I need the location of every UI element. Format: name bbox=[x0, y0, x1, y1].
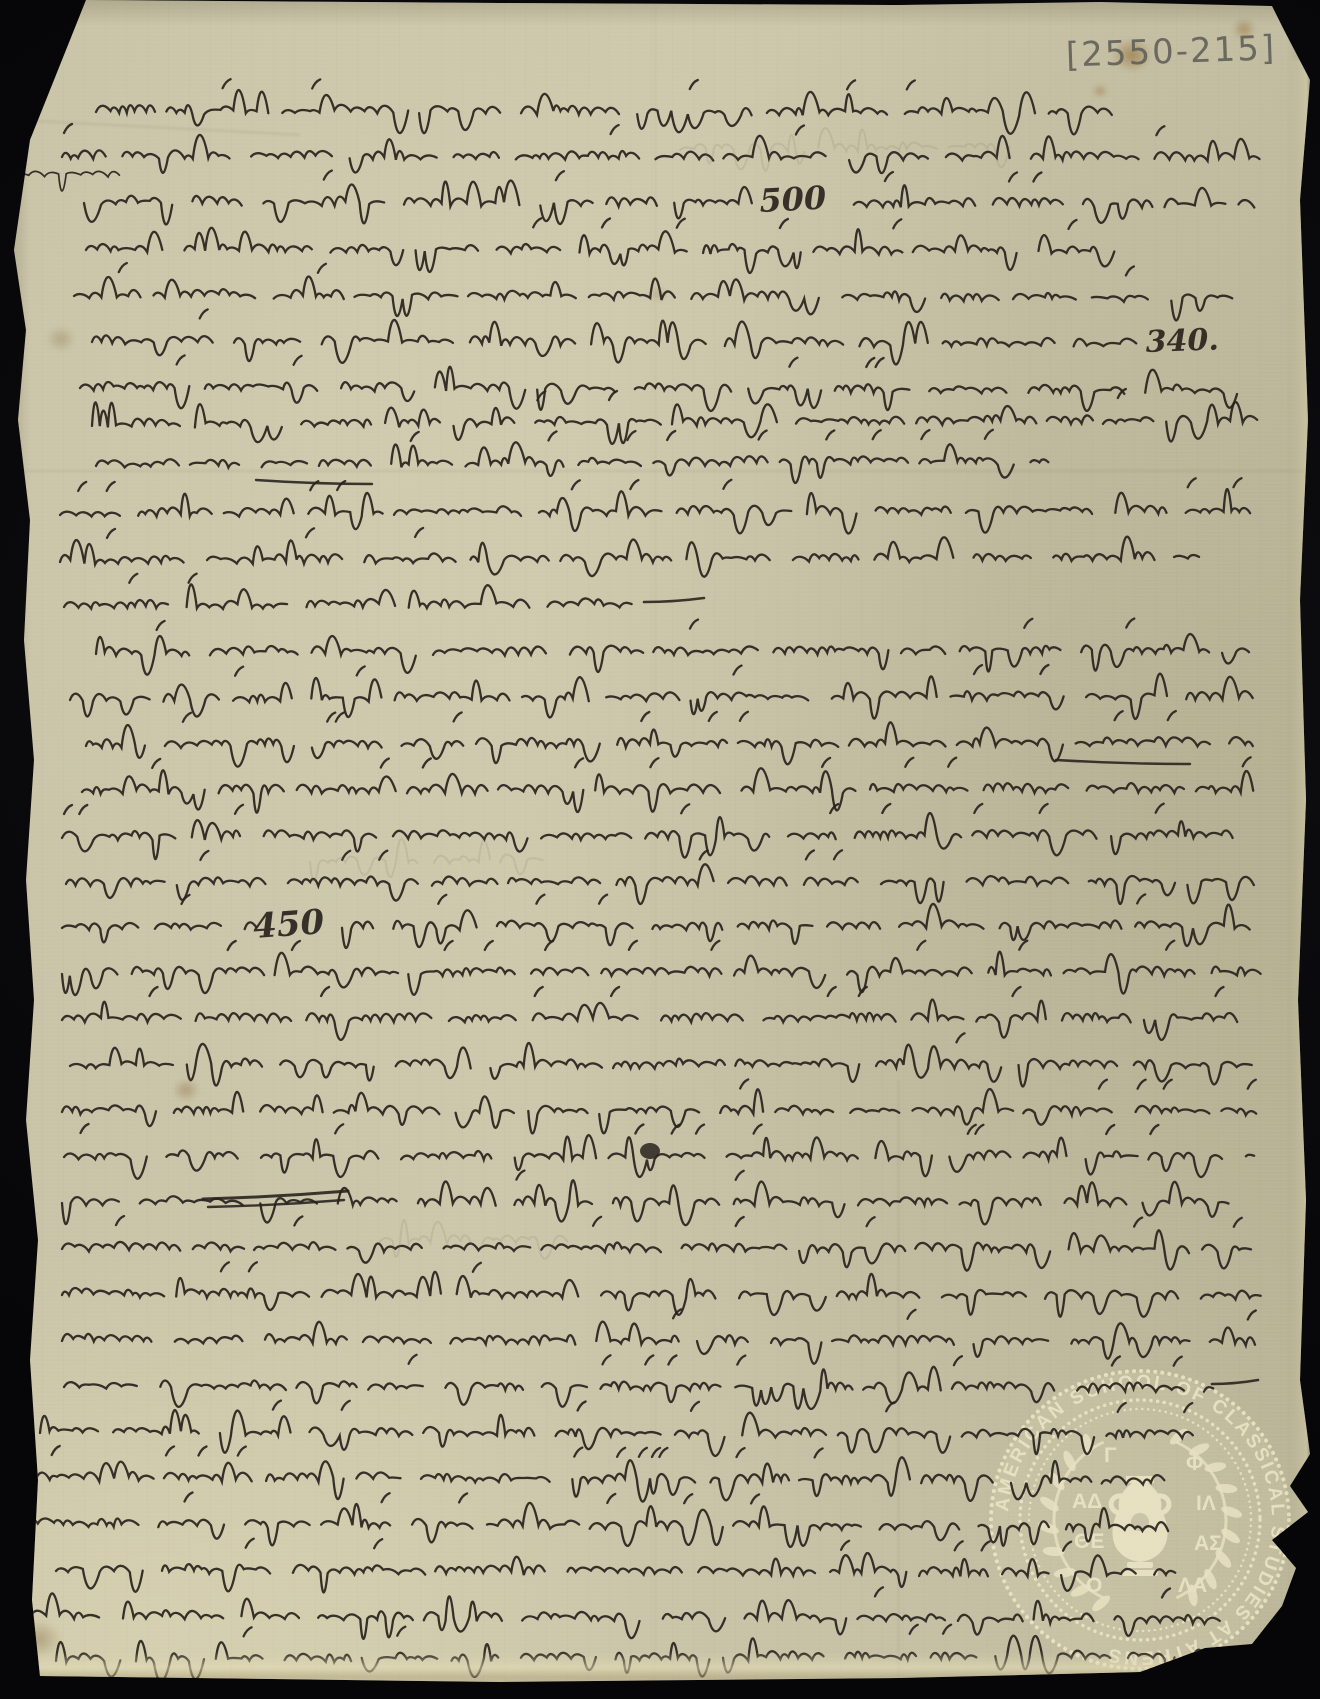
torn-right-edge bbox=[1288, 60, 1308, 1579]
paper-edge-shading bbox=[0, 0, 1320, 1699]
manuscript-photo: AMERICAN SCHOOL OF CLASSICAL STUDIES AT … bbox=[0, 0, 1320, 1699]
letter-paper: AMERICAN SCHOOL OF CLASSICAL STUDIES AT … bbox=[0, 0, 1320, 1699]
torn-bottom-edge bbox=[30, 1652, 1260, 1678]
